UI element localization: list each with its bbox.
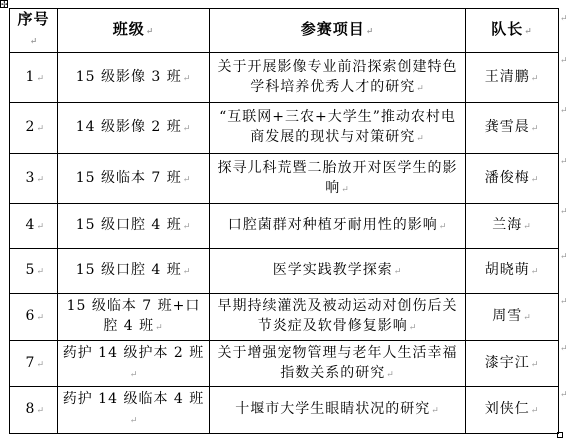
paragraph-mark-icon: ↵ bbox=[36, 313, 45, 323]
cell-project[interactable]: 口腔菌群对种植牙耐用性的影响↵ bbox=[210, 204, 466, 249]
cell-class[interactable]: 15 级口腔 4 班↵ bbox=[58, 204, 210, 249]
cell-project[interactable]: 关于增强宠物管理与老年人生活幸福指数关系的研究↵ bbox=[210, 341, 466, 387]
paragraph-mark-icon: ↵ bbox=[36, 360, 45, 370]
paragraph-mark-icon: ↵ bbox=[523, 313, 532, 323]
paragraph-mark-icon: ↵ bbox=[531, 267, 540, 277]
table-row: 7↵ 药护 14 级护本 2 班↵ 关于增强宠物管理与老年人生活幸福指数关系的研… bbox=[10, 341, 559, 387]
cell-class[interactable]: 15 级影像 3 班↵ bbox=[58, 53, 210, 103]
paragraph-mark-icon: ↵ bbox=[531, 406, 540, 416]
paragraph-mark-icon: ↵ bbox=[30, 37, 39, 47]
cell-project[interactable]: 关于开展影像专业前沿探索创建特色学科培养优秀人才的研究↵ bbox=[210, 53, 466, 103]
header-project: 参赛项目↵ bbox=[210, 9, 466, 53]
paragraph-mark-icon: ↵ bbox=[36, 267, 45, 277]
paragraph-mark-icon: ↵ bbox=[409, 323, 418, 333]
row-end-mark-icon: ↵ bbox=[560, 14, 568, 24]
cell-leader[interactable]: 胡晓萌↵ bbox=[466, 249, 559, 294]
header-no: 序号↵ bbox=[10, 9, 58, 53]
paragraph-mark-icon: ↵ bbox=[531, 360, 540, 370]
cell-leader[interactable]: 龚雪晨↵ bbox=[466, 103, 559, 154]
row-end-mark-icon: ↵ bbox=[560, 390, 568, 400]
row-end-mark-icon: ↵ bbox=[560, 207, 568, 217]
paragraph-mark-icon: ↵ bbox=[36, 406, 45, 416]
paragraph-mark-icon: ↵ bbox=[439, 222, 448, 232]
cell-class[interactable]: 15 级临本 7 班+口腔 4 班↵ bbox=[58, 294, 210, 341]
paragraph-mark-icon: ↵ bbox=[431, 406, 440, 416]
paragraph-mark-icon: ↵ bbox=[183, 175, 192, 185]
cell-no[interactable]: 8↵ bbox=[10, 387, 58, 434]
paragraph-mark-icon: ↵ bbox=[394, 267, 403, 277]
paragraph-mark-icon: ↵ bbox=[524, 27, 533, 37]
paragraph-mark-icon: ↵ bbox=[183, 267, 192, 277]
paragraph-mark-icon: ↵ bbox=[36, 175, 45, 185]
paragraph-mark-icon: ↵ bbox=[531, 175, 540, 185]
cell-leader[interactable]: 兰海↵ bbox=[466, 204, 559, 249]
cell-class[interactable]: 15 级口腔 4 班↵ bbox=[58, 249, 210, 294]
table-row: 1↵ 15 级影像 3 班↵ 关于开展影像专业前沿探索创建特色学科培养优秀人才的… bbox=[10, 53, 559, 103]
paragraph-mark-icon: ↵ bbox=[531, 74, 540, 84]
cell-leader[interactable]: 王清鹏↵ bbox=[466, 53, 559, 103]
table-row: 4↵ 15 级口腔 4 班↵ 口腔菌群对种植牙耐用性的影响↵ 兰海↵ bbox=[10, 204, 559, 249]
paragraph-mark-icon: ↵ bbox=[183, 74, 192, 84]
row-end-mark-icon: ↵ bbox=[560, 344, 568, 354]
paragraph-mark-icon: ↵ bbox=[36, 124, 45, 134]
cell-leader[interactable]: 潘俊梅↵ bbox=[466, 154, 559, 204]
paragraph-mark-icon: ↵ bbox=[36, 222, 45, 232]
paragraph-mark-icon: ↵ bbox=[183, 222, 192, 232]
cell-no[interactable]: 5↵ bbox=[10, 249, 58, 294]
header-class: 班级↵ bbox=[58, 9, 210, 53]
table-resize-handle-icon[interactable] bbox=[557, 432, 563, 438]
table-row: 3↵ 15 级临本 7 班↵ 探寻儿科荒暨二胎放开对医学生的影响↵ 潘俊梅↵ bbox=[10, 154, 559, 204]
cell-project[interactable]: 医学实践教学探索↵ bbox=[210, 249, 466, 294]
header-leader: 队长↵ bbox=[466, 9, 559, 53]
table-row: 5↵ 15 级口腔 4 班↵ 医学实践教学探索↵ 胡晓萌↵ bbox=[10, 249, 559, 294]
paragraph-mark-icon: ↵ bbox=[130, 370, 139, 380]
cell-project[interactable]: “互联网+三农+大学生”推动农村电商发展的现状与对策研究↵ bbox=[210, 103, 466, 154]
cell-leader[interactable]: 刘侠仁↵ bbox=[466, 387, 559, 434]
paragraph-mark-icon: ↵ bbox=[531, 124, 540, 134]
participants-table: 序号↵ 班级↵ 参赛项目↵ 队长↵ 1↵ 15 级影像 3 班↵ 关于开展影像专… bbox=[9, 8, 559, 434]
cell-class[interactable]: 15 级临本 7 班↵ bbox=[58, 154, 210, 204]
cell-leader[interactable]: 周雪↵ bbox=[466, 294, 559, 341]
row-end-mark-icon: ↵ bbox=[560, 252, 568, 262]
paragraph-mark-icon: ↵ bbox=[155, 323, 164, 333]
row-end-mark-icon: ↵ bbox=[560, 157, 568, 167]
table-row: 6↵ 15 级临本 7 班+口腔 4 班↵ 早期持续灌洗及被动运动对创伤后关节炎… bbox=[10, 294, 559, 341]
cell-no[interactable]: 2↵ bbox=[10, 103, 58, 154]
cell-no[interactable]: 7↵ bbox=[10, 341, 58, 387]
paragraph-mark-icon: ↵ bbox=[341, 185, 350, 195]
cell-no[interactable]: 3↵ bbox=[10, 154, 58, 204]
paragraph-mark-icon: ↵ bbox=[366, 27, 375, 37]
table-row: 2↵ 14 级影像 2 班↵ “互联网+三农+大学生”推动农村电商发展的现状与对… bbox=[10, 103, 559, 154]
paragraph-mark-icon: ↵ bbox=[523, 222, 532, 232]
cell-project[interactable]: 十堰市大学生眼睛状况的研究↵ bbox=[210, 387, 466, 434]
paragraph-mark-icon: ↵ bbox=[36, 74, 45, 84]
table-row: 8↵ 药护 14 级临本 4 班↵ 十堰市大学生眼睛状况的研究↵ 刘侠仁↵ bbox=[10, 387, 559, 434]
cell-no[interactable]: 1↵ bbox=[10, 53, 58, 103]
cell-class[interactable]: 药护 14 级临本 4 班↵ bbox=[58, 387, 210, 434]
cell-no[interactable]: 6↵ bbox=[10, 294, 58, 341]
paragraph-mark-icon: ↵ bbox=[386, 370, 395, 380]
paragraph-mark-icon: ↵ bbox=[183, 124, 192, 134]
table-header-row: 序号↵ 班级↵ 参赛项目↵ 队长↵ bbox=[10, 9, 559, 53]
paragraph-mark-icon: ↵ bbox=[416, 134, 425, 144]
row-end-mark-icon: ↵ bbox=[560, 106, 568, 116]
cell-class[interactable]: 14 级影像 2 班↵ bbox=[58, 103, 210, 154]
cell-no[interactable]: 4↵ bbox=[10, 204, 58, 249]
cell-project[interactable]: 早期持续灌洗及被动运动对创伤后关节炎症及软骨修复影响↵ bbox=[210, 294, 466, 341]
cell-leader[interactable]: 漆宇江↵ bbox=[466, 341, 559, 387]
paragraph-mark-icon: ↵ bbox=[130, 416, 139, 426]
table-move-handle-icon[interactable]: ✢ bbox=[0, 0, 8, 8]
row-end-mark-icon: ↵ bbox=[560, 56, 568, 66]
cell-class[interactable]: 药护 14 级护本 2 班↵ bbox=[58, 341, 210, 387]
paragraph-mark-icon: ↵ bbox=[146, 27, 155, 37]
cell-project[interactable]: 探寻儿科荒暨二胎放开对医学生的影响↵ bbox=[210, 154, 466, 204]
paragraph-mark-icon: ↵ bbox=[416, 84, 425, 94]
row-end-mark-icon: ↵ bbox=[560, 297, 568, 307]
